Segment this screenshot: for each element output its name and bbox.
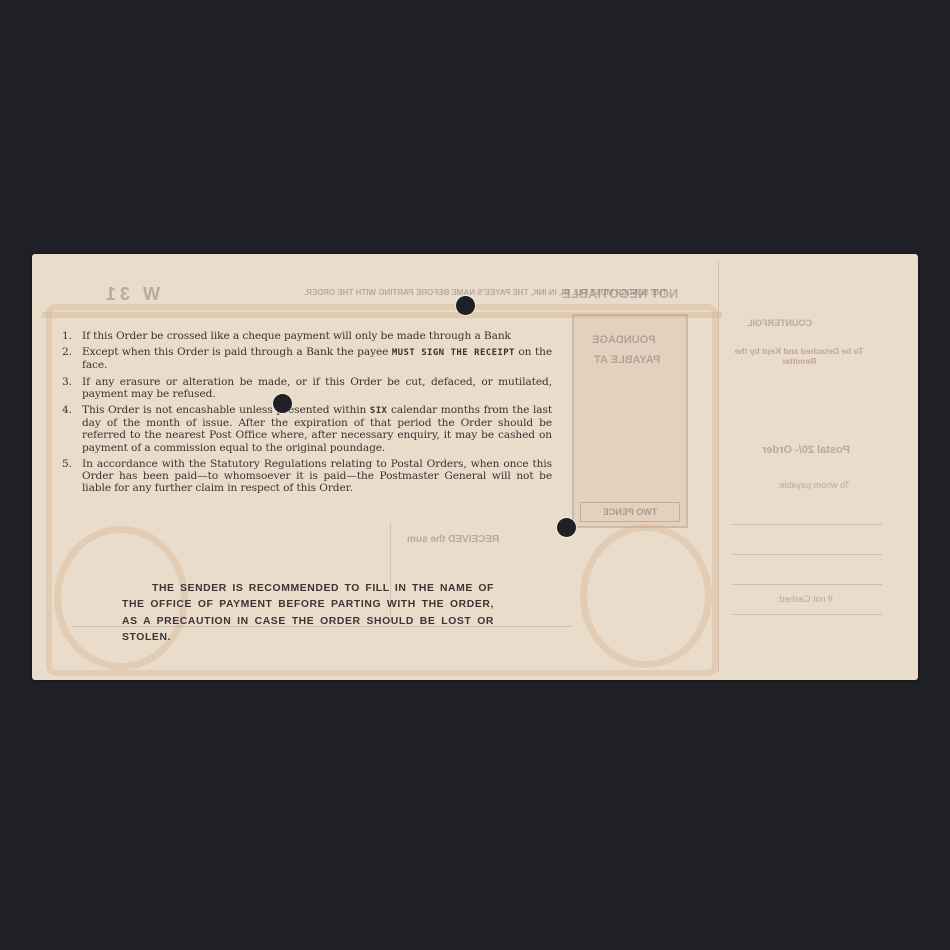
show-through-counterfoil-title: COUNTERFOIL xyxy=(747,318,812,328)
show-through-payable-at: PAYABLE AT xyxy=(594,354,660,366)
condition-number: 3. xyxy=(52,376,82,400)
show-through-amount: Postal 20/- Order xyxy=(762,444,850,456)
condition-emphasis: MUST SIGN THE RECEIPT xyxy=(392,348,515,358)
conditions-list: 1. If this Order be crossed like a chequ… xyxy=(52,330,552,498)
condition-number: 4. xyxy=(52,404,82,454)
condition-number: 2. xyxy=(52,346,82,371)
counterfoil-perforation xyxy=(718,262,719,672)
condition-text: Except when this Order is paid through a… xyxy=(82,346,552,371)
show-through-sender-instruction: THE SENDER MUST FILL IN, IN INK, THE PAY… xyxy=(304,288,667,297)
condition-text: In accordance with the Statutory Regulat… xyxy=(82,458,552,495)
counterfoil-line xyxy=(732,524,882,525)
condition-4: 4. This Order is not encashable unless p… xyxy=(52,404,552,454)
condition-text-lead: This Order is not encashable unless pres… xyxy=(82,404,370,416)
show-through-stamp-value: TWO PENCE xyxy=(580,502,680,522)
show-through-to-whom: To whom payable: xyxy=(777,480,850,490)
condition-number: 5. xyxy=(52,458,82,495)
show-through-serial: W 31 xyxy=(102,284,160,305)
punch-hole xyxy=(456,296,475,315)
condition-text: If any erasure or alteration be made, or… xyxy=(82,376,552,400)
punch-hole xyxy=(273,394,292,413)
condition-text-lead: Except when this Order is paid through a… xyxy=(82,346,392,358)
counterfoil-line xyxy=(732,584,882,585)
condition-5: 5. In accordance with the Statutory Regu… xyxy=(52,458,552,495)
postal-order-reverse: TWO PENCE NOT NEGOTIABLE THE SENDER MUST… xyxy=(32,254,918,680)
condition-text: If this Order be crossed like a cheque p… xyxy=(82,330,552,342)
show-through-poundage: POUNDAGE xyxy=(592,334,656,346)
show-through-if-not-cashed: If not Cashed: xyxy=(777,594,833,604)
show-through-counterfoil-note: To be Detached and Kept by the Remitter xyxy=(724,346,874,366)
condition-2: 2. Except when this Order is paid throug… xyxy=(52,346,552,371)
counterfoil-line xyxy=(732,554,882,555)
counterfoil-line xyxy=(732,614,882,615)
punch-hole xyxy=(557,518,576,537)
condition-emphasis: SIX xyxy=(370,406,387,416)
condition-1: 1. If this Order be crossed like a chequ… xyxy=(52,330,552,342)
show-through-stamp: TWO PENCE xyxy=(572,314,688,528)
sender-notice: THE SENDER IS RECOMMENDED TO FILL IN THE… xyxy=(122,581,494,647)
condition-number: 1. xyxy=(52,330,82,342)
condition-text: This Order is not encashable unless pres… xyxy=(82,404,552,454)
condition-3: 3. If any erasure or alteration be made,… xyxy=(52,376,552,400)
show-through-seal-right xyxy=(580,524,712,668)
show-through-received: RECEIVED the sum xyxy=(407,534,499,545)
